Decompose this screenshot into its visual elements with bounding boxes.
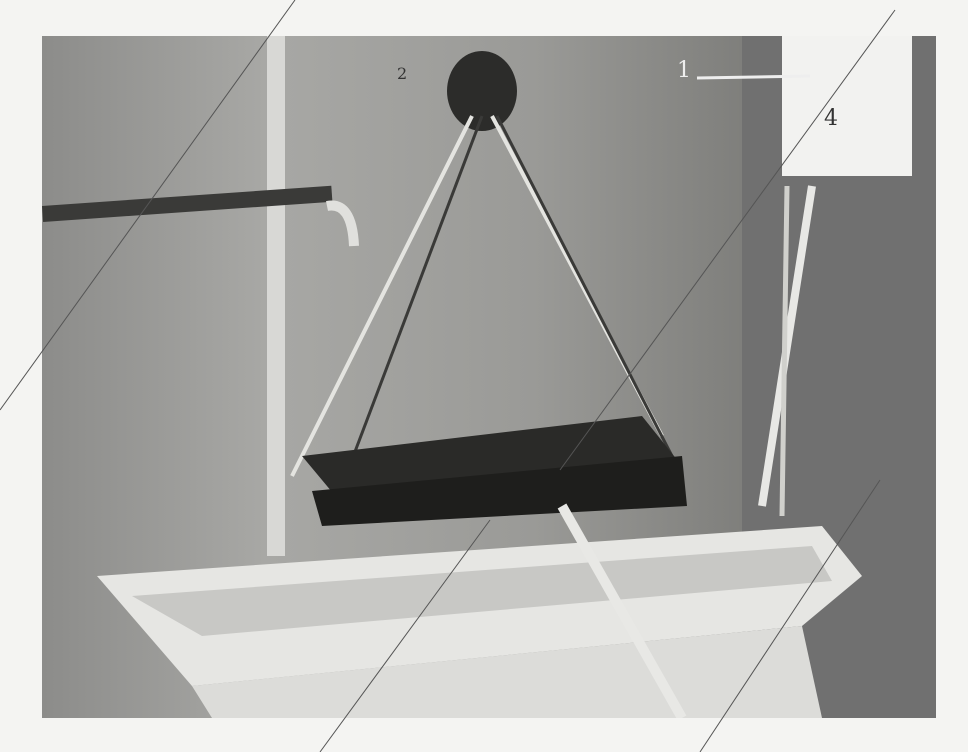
scan-artifact-lines	[0, 0, 968, 752]
